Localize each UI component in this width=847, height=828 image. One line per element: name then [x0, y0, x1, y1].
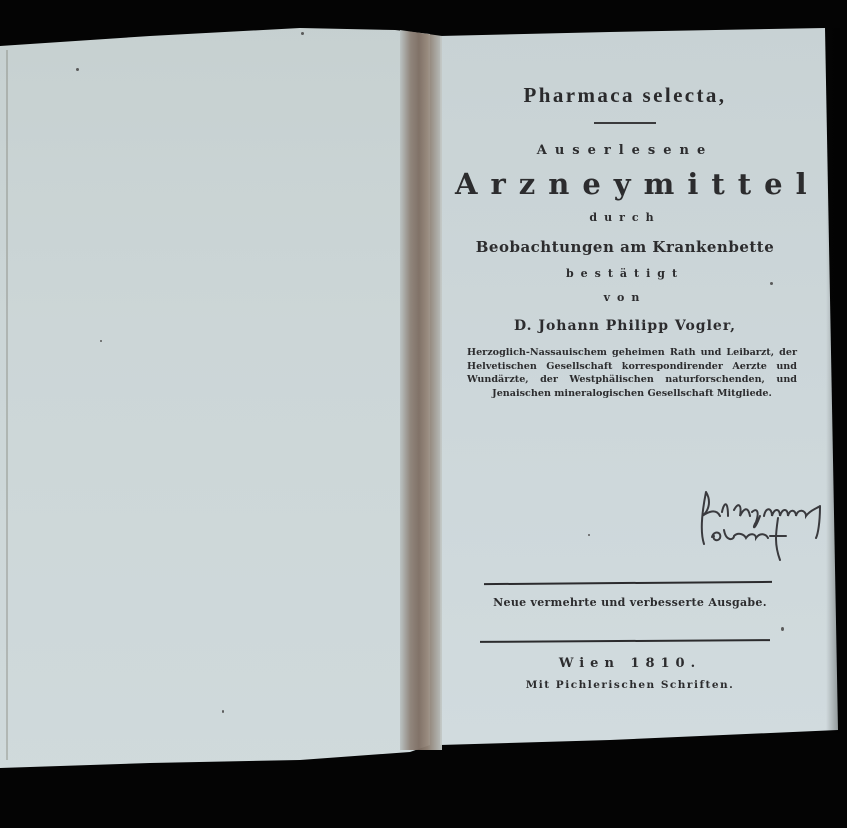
paper-speck: [588, 534, 590, 536]
connector-durch: durch: [455, 208, 795, 228]
subtitle-auserlesene: Auserlesene: [455, 140, 795, 162]
page-edge-shadow: [826, 28, 840, 733]
author-name: D. Johann Philipp Vogler,: [455, 314, 795, 338]
left-blank-page: [0, 0, 430, 828]
photo-background: Pharmaca selecta, Auserlesene Arzneymitt…: [0, 0, 847, 828]
author-affiliation: Herzoglich-Nassauischem geheimen Rath un…: [467, 346, 797, 400]
left-page-edge-line: [6, 50, 8, 760]
imprint-place-year: Wien 1810.: [470, 654, 790, 674]
imprint: Wien 1810. Mit Pichlerischen Schriften.: [470, 654, 790, 694]
latin-title: Pharmaca selecta,: [455, 80, 795, 110]
paper-speck: [222, 710, 224, 713]
handwritten-signature: Schleigmann Obrarf: [694, 482, 829, 567]
title-block: Pharmaca selecta, Auserlesene Arzneymitt…: [455, 80, 795, 400]
connector-von: von: [455, 288, 795, 308]
paper-speck: [76, 68, 79, 71]
title-divider-rule: [594, 122, 656, 124]
imprint-printer: Mit Pichlerischen Schriften.: [470, 676, 790, 694]
subtitle-phrase: Beobachtungen am Krankenbette: [455, 234, 795, 260]
main-title: Arzneymittel: [455, 164, 795, 204]
paper-speck: [770, 282, 773, 285]
edition-statement: Neue vermehrte und verbesserte Ausgabe.: [470, 596, 790, 609]
book-spine-gutter: [400, 30, 442, 750]
paper-speck: [100, 340, 102, 342]
paper-speck: [301, 32, 304, 35]
connector-bestaetigt: bestätigt: [455, 264, 795, 284]
paper-speck: [781, 627, 784, 631]
